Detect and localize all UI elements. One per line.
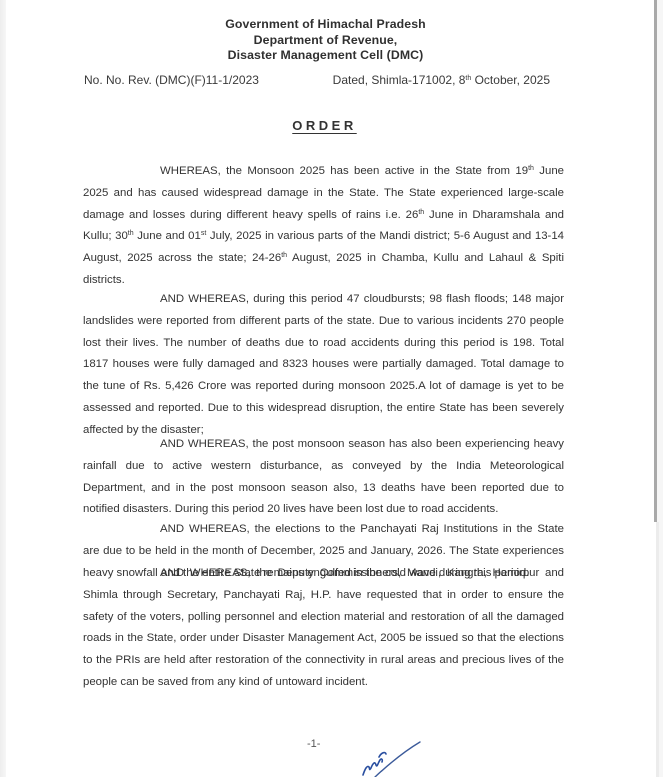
ordinal-superscript: th: [281, 252, 287, 259]
paragraph-post-monsoon: AND WHEREAS, the post monsoon season has…: [83, 434, 564, 521]
paragraph-deputy-commissioners: AND WHEREAS, the Deputy Commissioners, M…: [83, 563, 564, 694]
page-number: -1-: [307, 738, 320, 750]
ordinal-superscript: th: [528, 165, 534, 172]
signature-icon: [355, 735, 435, 777]
order-title-text: ORDER: [292, 118, 356, 133]
letterhead-government: Government of Himachal Pradesh: [0, 17, 663, 33]
letterhead-cell: Disaster Management Cell (DMC): [0, 48, 663, 64]
ordinal-superscript: th: [418, 209, 424, 216]
paragraph-damage-stats: AND WHEREAS, during this period 47 cloud…: [83, 289, 564, 442]
page-edge-shadow: [654, 0, 657, 522]
date-line: Dated, Shimla-171002, 8th October, 2025: [333, 73, 550, 87]
letterhead-department: Department of Revenue,: [0, 33, 663, 49]
order-title: ORDER: [0, 118, 663, 133]
ordinal-superscript: st: [201, 230, 206, 237]
page-edge-shadow-light: [656, 522, 659, 777]
date-prefix: Dated, Shimla-171002, 8: [333, 73, 466, 87]
date-suffix: October, 2025: [471, 73, 550, 87]
paragraph-monsoon-active: WHEREAS, the Monsoon 2025 has been activ…: [83, 161, 564, 292]
ordinal-superscript: th: [128, 230, 134, 237]
reference-number: No. No. Rev. (DMC)(F)11-1/2023: [84, 73, 259, 87]
page-left-edge: [0, 0, 6, 777]
letterhead: Government of Himachal Pradesh Departmen…: [0, 17, 663, 64]
